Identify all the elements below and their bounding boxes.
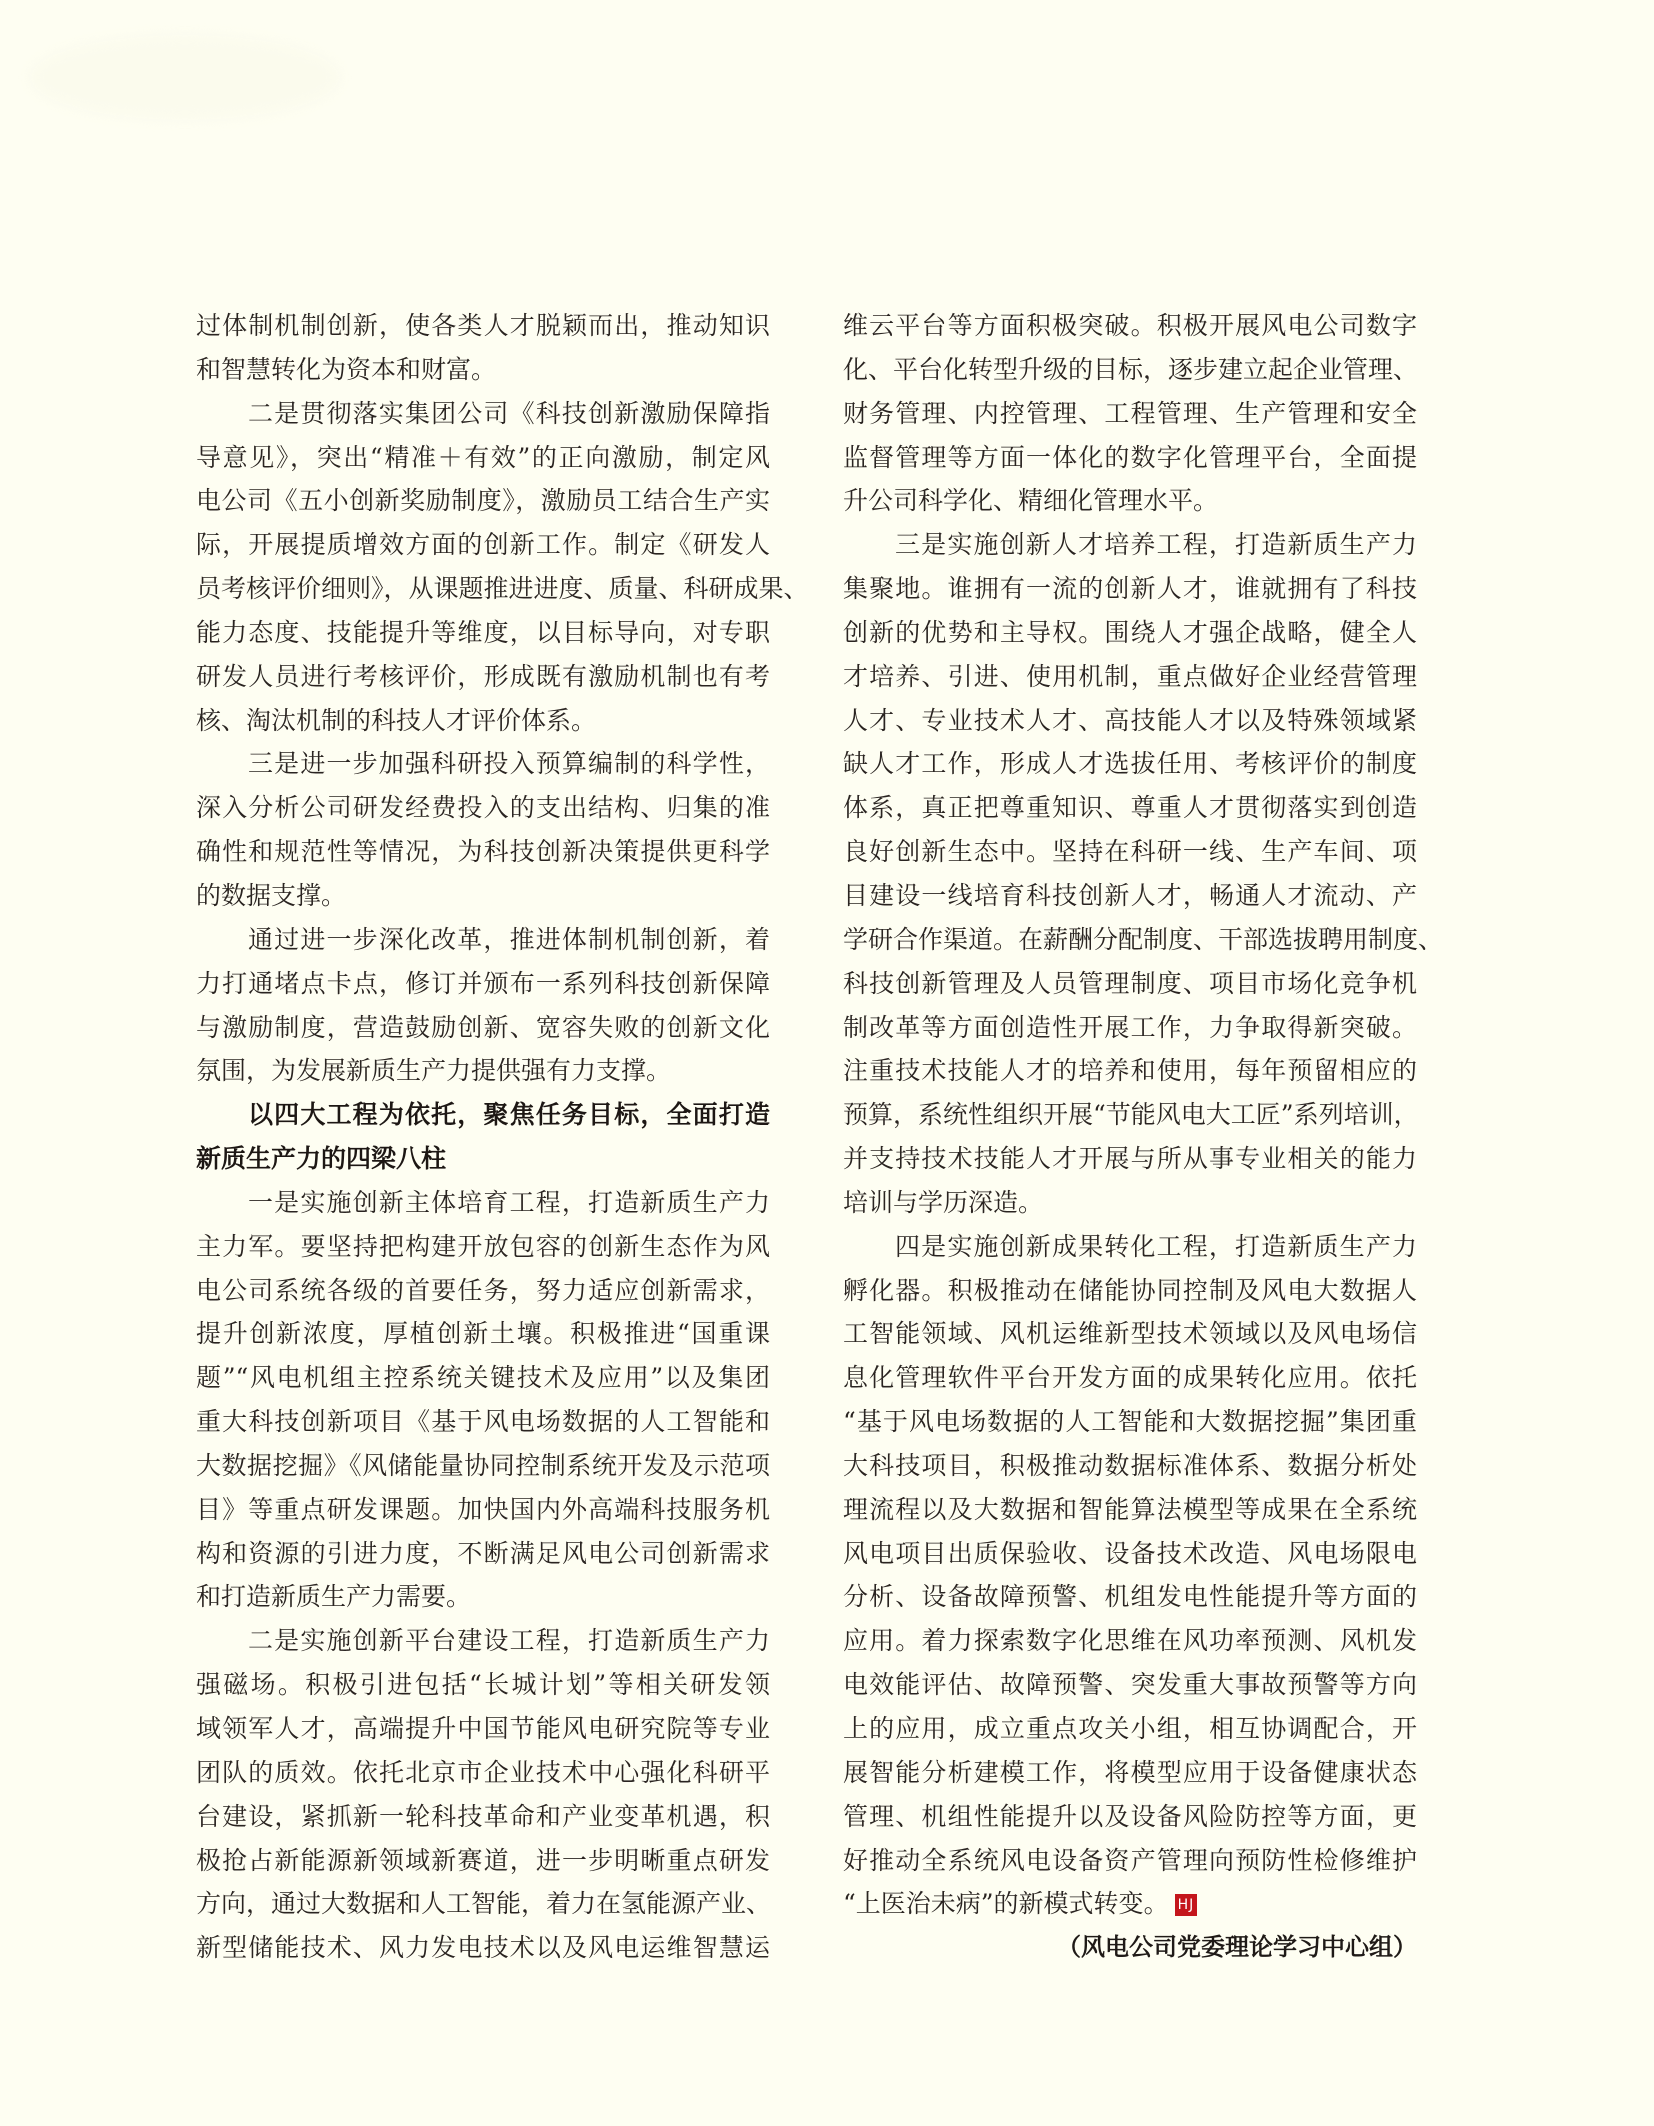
line-text: 目》等重点研发课题。加快国内外高端科技服务机 (196, 1495, 770, 1524)
line-text: 并支持技术技能人才开展与所从事专业相关的能力 (843, 1144, 1417, 1173)
line-text: 三是实施创新人才培养工程，打造新质生产力 (895, 530, 1417, 559)
paragraph-last-line: 升公司科学化、精细化管理水平。 (843, 479, 1417, 523)
line-text: 管理、机组性能提升以及设备风险防控等方面，更 (843, 1802, 1417, 1831)
text-line: 管理、机组性能提升以及设备风险防控等方面，更 (843, 1795, 1417, 1839)
line-text: 团队的质效。依托北京市企业技术中心强化科研平 (196, 1758, 770, 1787)
line-text: “基于风电场数据的人工智能和大数据挖掘”集团重 (843, 1407, 1417, 1436)
line-text: 和智慧转化为资本和财富。 (196, 355, 496, 384)
line-text: 域领军人才，高端提升中国节能风电研究院等专业 (196, 1714, 770, 1743)
paragraph-last-line: 和打造新质生产力需要。 (196, 1575, 770, 1619)
line-text: 风电项目出质保验收、设备技术改造、风电场限电 (843, 1539, 1417, 1568)
text-line: 维云平台等方面积极突破。积极开展风电公司数字 (843, 304, 1417, 348)
section-heading-line: 以四大工程为依托，聚焦任务目标，全面打造 (196, 1093, 770, 1137)
text-line: 与激励制度，营造鼓励创新、宽容失败的创新文化 (196, 1006, 770, 1050)
text-line: 目建设一线培育科技创新人才，畅通人才流动、产 (843, 874, 1417, 918)
text-line: 团队的质效。依托北京市企业技术中心强化科研平 (196, 1751, 770, 1795)
line-text: 研发人员进行考核评价，形成既有激励机制也有考 (196, 662, 770, 691)
text-line: 集聚地。谁拥有一流的创新人才，谁就拥有了科技 (843, 567, 1417, 611)
text-line: 大数据挖掘》《风储能量协同控制系统开发及示范项 (196, 1444, 770, 1488)
line-text: 二是贯彻落实集团公司《科技创新激励保障指 (248, 399, 770, 428)
text-line: 新型储能技术、风力发电技术以及风电运维智慧运 (196, 1926, 770, 1970)
text-line: 上的应用，成立重点攻关小组，相互协调配合，开 (843, 1707, 1417, 1751)
line-text: 台建设，紧抓新一轮科技革命和产业变革机遇，积 (196, 1802, 770, 1831)
text-line: 域领军人才，高端提升中国节能风电研究院等专业 (196, 1707, 770, 1751)
line-text: 缺人才工作，形成人才选拔任用、考核评价的制度 (843, 749, 1417, 778)
paragraph-last-line: 的数据支撑。 (196, 874, 770, 918)
text-line: 过体制机制创新，使各类人才脱颖而出，推动知识 (196, 304, 770, 348)
text-line: 深入分析公司研发经费投入的支出结构、归集的准 (196, 786, 770, 830)
line-text: 化、平台化转型升级的目标，逐步建立起企业管理、 (843, 355, 1418, 384)
paragraph-first-line: 四是实施创新成果转化工程，打造新质生产力 (843, 1225, 1417, 1269)
paragraph-first-line: 三是进一步加强科研投入预算编制的科学性， (196, 742, 770, 786)
author-attribution: （风电公司党委理论学习中心组） (843, 1926, 1417, 1970)
line-text: 人才、专业技术人才、高技能人才以及特殊领域紧 (843, 706, 1417, 735)
text-line: 导意见》，突出“精准＋有效”的正向激励，制定风 (196, 436, 770, 480)
line-text: 电公司《五小创新奖励制度》，激励员工结合生产实 (196, 486, 770, 515)
line-text: 电效能评估、故障预警、突发重大事故预警等方向 (843, 1670, 1417, 1699)
line-text: 工智能领域、风机运维新型技术领域以及风电场信 (843, 1319, 1417, 1348)
line-text: 才培养、引进、使用机制，重点做好企业经营管理 (843, 662, 1417, 691)
line-text: 注重技术技能人才的培养和使用，每年预留相应的 (843, 1056, 1417, 1085)
left-column: 过体制机制创新，使各类人才脱颖而出，推动知识和智慧转化为资本和财富。二是贯彻落实… (196, 304, 770, 1970)
line-text: 分析、设备故障预警、机组发电性能提升等方面的 (843, 1582, 1417, 1611)
line-text: 学研合作渠道。在薪酬分配制度、干部选拔聘用制度、 (843, 925, 1443, 954)
text-line: 监督管理等方面一体化的数字化管理平台，全面提 (843, 436, 1417, 480)
line-text: 强磁场。积极引进包括“长城计划”等相关研发领 (196, 1670, 770, 1699)
text-line: 极抢占新能源新领域新赛道，进一步明晰重点研发 (196, 1839, 770, 1883)
line-text: 导意见》，突出“精准＋有效”的正向激励，制定风 (196, 443, 770, 472)
line-text: 的数据支撑。 (196, 881, 346, 910)
section-heading-line: 新质生产力的四梁八柱 (196, 1137, 770, 1181)
line-text: 四是实施创新成果转化工程，打造新质生产力 (895, 1232, 1417, 1261)
line-text: 好推动全系统风电设备资产管理向预防性检修维护 (843, 1846, 1417, 1875)
line-text: 科技创新管理及人员管理制度、项目市场化竞争机 (843, 969, 1417, 998)
line-text: 升公司科学化、精细化管理水平。 (843, 486, 1218, 515)
line-text: 二是实施创新平台建设工程，打造新质生产力 (248, 1626, 770, 1655)
line-text: 际，开展提质增效方面的创新工作。制定《研发人 (196, 530, 770, 559)
text-line: 重大科技创新项目《基于风电场数据的人工智能和 (196, 1400, 770, 1444)
text-line: 缺人才工作，形成人才选拔任用、考核评价的制度 (843, 742, 1417, 786)
line-text: 监督管理等方面一体化的数字化管理平台，全面提 (843, 443, 1417, 472)
line-text: 题”“风电机组主控系统关键技术及应用”以及集团 (196, 1363, 770, 1392)
line-text: 培训与学历深造。 (843, 1188, 1043, 1217)
text-line: 应用。着力探索数字化思维在风功率预测、风机发 (843, 1619, 1417, 1663)
line-text: 确性和规范性等情况，为科技创新决策提供更科学 (196, 837, 770, 866)
text-line: 方向，通过大数据和人工智能，着力在氢能源产业、 (196, 1882, 770, 1926)
paragraph-first-line: 二是实施创新平台建设工程，打造新质生产力 (196, 1619, 770, 1663)
line-text: 目建设一线培育科技创新人才，畅通人才流动、产 (843, 881, 1417, 910)
line-text: 体系，真正把尊重知识、尊重人才贯彻落实到创造 (843, 793, 1417, 822)
line-text: 员考核评价细则》，从课题推进进度、质量、科研成果、 (196, 574, 809, 603)
line-text: 新质生产力的四梁八柱 (196, 1144, 446, 1173)
text-line: 风电项目出质保验收、设备技术改造、风电场限电 (843, 1532, 1417, 1576)
line-text: 主力军。要坚持把构建开放包容的创新生态作为风 (196, 1232, 770, 1261)
line-text: 新型储能技术、风力发电技术以及风电运维智慧运 (196, 1933, 770, 1962)
line-text: 制改革等方面创造性开展工作，力争取得新突破。 (843, 1013, 1417, 1042)
line-text: 孵化器。积极推动在储能协同控制及风电大数据人 (843, 1276, 1417, 1305)
line-text: 电公司系统各级的首要任务，努力适应创新需求， (196, 1276, 770, 1305)
text-line: 人才、专业技术人才、高技能人才以及特殊领域紧 (843, 699, 1417, 743)
text-line: 电效能评估、故障预警、突发重大事故预警等方向 (843, 1663, 1417, 1707)
right-column: 维云平台等方面积极突破。积极开展风电公司数字化、平台化转型升级的目标，逐步建立起… (843, 304, 1417, 1970)
line-text: 应用。着力探索数字化思维在风功率预测、风机发 (843, 1626, 1417, 1655)
text-line: 电公司系统各级的首要任务，努力适应创新需求， (196, 1269, 770, 1313)
line-text: 大数据挖掘》《风储能量协同控制系统开发及示范项 (196, 1451, 770, 1480)
text-line: 理流程以及大数据和智能算法模型等成果在全系统 (843, 1488, 1417, 1532)
line-text: 力打通堵点卡点，修订并颁布一系列科技创新保障 (196, 969, 770, 998)
text-line: 题”“风电机组主控系统关键技术及应用”以及集团 (196, 1356, 770, 1400)
line-text: 方向，通过大数据和人工智能，着力在氢能源产业、 (196, 1889, 771, 1918)
line-text: 大科技项目，积极推动数据标准体系、数据分析处 (843, 1451, 1417, 1480)
paragraph-first-line: 二是贯彻落实集团公司《科技创新激励保障指 (196, 392, 770, 436)
text-line: 力打通堵点卡点，修订并颁布一系列科技创新保障 (196, 962, 770, 1006)
line-text: 极抢占新能源新领域新赛道，进一步明晰重点研发 (196, 1846, 770, 1875)
paragraph-first-line: 三是实施创新人才培养工程，打造新质生产力 (843, 523, 1417, 567)
line-text: 维云平台等方面积极突破。积极开展风电公司数字 (843, 311, 1417, 340)
line-text: 和打造新质生产力需要。 (196, 1582, 471, 1611)
text-line: 工智能领域、风机运维新型技术领域以及风电场信 (843, 1312, 1417, 1356)
line-text: 上的应用，成立重点攻关小组，相互协调配合，开 (843, 1714, 1417, 1743)
paragraph-first-line: 通过进一步深化改革，推进体制机制创新，着 (196, 918, 770, 962)
text-line: 学研合作渠道。在薪酬分配制度、干部选拔聘用制度、 (843, 918, 1417, 962)
text-line: “基于风电场数据的人工智能和大数据挖掘”集团重 (843, 1400, 1417, 1444)
line-text: 以四大工程为依托，聚焦任务目标，全面打造 (248, 1100, 770, 1129)
text-line: 构和资源的引进力度，不断满足风电公司创新需求 (196, 1532, 770, 1576)
line-text: 集聚地。谁拥有一流的创新人才，谁就拥有了科技 (843, 574, 1417, 603)
line-text: 与激励制度，营造鼓励创新、宽容失败的创新文化 (196, 1013, 770, 1042)
text-line: 创新的优势和主导权。围绕人才强企战略，健全人 (843, 611, 1417, 655)
text-line: 际，开展提质增效方面的创新工作。制定《研发人 (196, 523, 770, 567)
line-text: 理流程以及大数据和智能算法模型等成果在全系统 (843, 1495, 1417, 1524)
paragraph-last-line: 和智慧转化为资本和财富。 (196, 348, 770, 392)
line-text: 核、淘汰机制的科技人才评价体系。 (196, 706, 596, 735)
line-text: “上医治未病”的新模式转变。 (843, 1889, 1169, 1918)
end-mark-badge: HJ (1175, 1894, 1198, 1916)
line-text: 构和资源的引进力度，不断满足风电公司创新需求 (196, 1539, 770, 1568)
line-text: 财务管理、内控管理、工程管理、生产管理和安全 (843, 399, 1417, 428)
line-text: 过体制机制创新，使各类人才脱颖而出，推动知识 (196, 311, 770, 340)
text-line: 确性和规范性等情况，为科技创新决策提供更科学 (196, 830, 770, 874)
line-text: 深入分析公司研发经费投入的支出结构、归集的准 (196, 793, 770, 822)
text-line: 研发人员进行考核评价，形成既有激励机制也有考 (196, 655, 770, 699)
line-text: 展智能分析建模工作，将模型应用于设备健康状态 (843, 1758, 1417, 1787)
faded-watermark (30, 35, 340, 120)
text-line: 分析、设备故障预警、机组发电性能提升等方面的 (843, 1575, 1417, 1619)
line-text: 氛围，为发展新质生产力提供强有力支撑。 (196, 1056, 671, 1085)
line-text: 预算，系统性组织开展“节能风电大工匠”系列培训， (843, 1100, 1419, 1129)
paragraph-last-line: 培训与学历深造。 (843, 1181, 1417, 1225)
text-line: 台建设，紧抓新一轮科技革命和产业变革机遇，积 (196, 1795, 770, 1839)
text-line: 孵化器。积极推动在储能协同控制及风电大数据人 (843, 1269, 1417, 1313)
text-line: 目》等重点研发课题。加快国内外高端科技服务机 (196, 1488, 770, 1532)
line-text: 三是进一步加强科研投入预算编制的科学性， (248, 749, 770, 778)
line-text: 能力态度、技能提升等维度，以目标导向，对专职 (196, 618, 770, 647)
text-line: 提升创新浓度，厚植创新土壤。积极推进“国重课 (196, 1312, 770, 1356)
paragraph-first-line: 一是实施创新主体培育工程，打造新质生产力 (196, 1181, 770, 1225)
line-text: 提升创新浓度，厚植创新土壤。积极推进“国重课 (196, 1319, 770, 1348)
line-text: 创新的优势和主导权。围绕人才强企战略，健全人 (843, 618, 1417, 647)
text-line: 科技创新管理及人员管理制度、项目市场化竞争机 (843, 962, 1417, 1006)
line-text: 息化管理软件平台开发方面的成果转化应用。依托 (843, 1363, 1417, 1392)
text-line: 大科技项目，积极推动数据标准体系、数据分析处 (843, 1444, 1417, 1488)
text-line: 好推动全系统风电设备资产管理向预防性检修维护 (843, 1839, 1417, 1883)
text-line: 能力态度、技能提升等维度，以目标导向，对专职 (196, 611, 770, 655)
text-line: 制改革等方面创造性开展工作，力争取得新突破。 (843, 1006, 1417, 1050)
paragraph-last-line: “上医治未病”的新模式转变。HJ (843, 1882, 1417, 1926)
paragraph-last-line: 氛围，为发展新质生产力提供强有力支撑。 (196, 1049, 770, 1093)
text-line: 化、平台化转型升级的目标，逐步建立起企业管理、 (843, 348, 1417, 392)
text-line: 电公司《五小创新奖励制度》，激励员工结合生产实 (196, 479, 770, 523)
text-line: 息化管理软件平台开发方面的成果转化应用。依托 (843, 1356, 1417, 1400)
text-line: 注重技术技能人才的培养和使用，每年预留相应的 (843, 1049, 1417, 1093)
text-line: 展智能分析建模工作，将模型应用于设备健康状态 (843, 1751, 1417, 1795)
line-text: 良好创新生态中。坚持在科研一线、生产车间、项 (843, 837, 1417, 866)
line-text: 通过进一步深化改革，推进体制机制创新，着 (248, 925, 770, 954)
paragraph-last-line: 核、淘汰机制的科技人才评价体系。 (196, 699, 770, 743)
text-line: 强磁场。积极引进包括“长城计划”等相关研发领 (196, 1663, 770, 1707)
text-line: 预算，系统性组织开展“节能风电大工匠”系列培训， (843, 1093, 1417, 1137)
text-line: 财务管理、内控管理、工程管理、生产管理和安全 (843, 392, 1417, 436)
line-text: 重大科技创新项目《基于风电场数据的人工智能和 (196, 1407, 770, 1436)
text-line: 才培养、引进、使用机制，重点做好企业经营管理 (843, 655, 1417, 699)
text-line: 体系，真正把尊重知识、尊重人才贯彻落实到创造 (843, 786, 1417, 830)
text-line: 并支持技术技能人才开展与所从事专业相关的能力 (843, 1137, 1417, 1181)
text-line: 良好创新生态中。坚持在科研一线、生产车间、项 (843, 830, 1417, 874)
line-text: 一是实施创新主体培育工程，打造新质生产力 (248, 1188, 770, 1217)
text-line: 主力军。要坚持把构建开放包容的创新生态作为风 (196, 1225, 770, 1269)
text-line: 员考核评价细则》，从课题推进进度、质量、科研成果、 (196, 567, 770, 611)
